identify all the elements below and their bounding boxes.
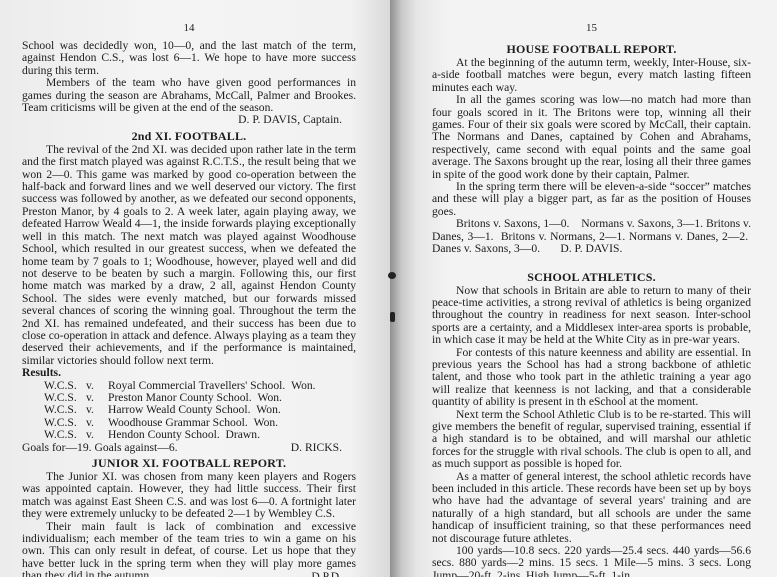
paragraph: The revival of the 2nd XI. was decided u… <box>22 144 356 367</box>
right-page: 15 HOUSE FOOTBALL REPORT. At the beginni… <box>390 0 777 577</box>
paragraph: Next term the School Athletic Club is to… <box>432 409 751 471</box>
fixture: Britons v. Normans, 2—1. <box>501 230 625 243</box>
paragraph: Now that schools in Britain are able to … <box>432 285 751 347</box>
fixture: Britons v. Saxons, 1—0. <box>456 217 569 230</box>
fixture: Danes v. Saxons, 3—0. <box>432 242 540 255</box>
paragraph: As a matter of general interest, the sch… <box>432 471 751 545</box>
results-label: Results. <box>22 367 356 379</box>
result-row: W.C.S.v.Hendon County School. Drawn. <box>22 429 356 441</box>
paragraph: The Junior XI. was chosen from many keen… <box>22 471 356 521</box>
page-number: 14 <box>22 22 356 34</box>
paragraph: School was decidedly won, 10—0, and the … <box>22 40 356 77</box>
book-spread: 14 School was decidedly won, 10—0, and t… <box>0 0 777 577</box>
signature: D. P. DAVIS. <box>560 242 622 255</box>
athletic-records: 100 yards—10.8 secs. 220 yards—25.4 secs… <box>432 545 751 577</box>
signature: D. RICKS. <box>291 442 342 454</box>
page-blemish <box>390 312 395 322</box>
page-blemish <box>388 272 396 279</box>
fixture: Normans v. Saxons, 3—1. <box>581 217 703 230</box>
page-number: 15 <box>432 22 751 34</box>
fixture: Normans v. Danes, 2—2. <box>629 230 748 243</box>
paragraph: For contests of this nature keenness and… <box>432 347 751 409</box>
section-heading: JUNIOR XI. FOOTBALL REPORT. <box>22 456 356 470</box>
section-heading: 2nd XI. FOOTBALL. <box>22 129 356 143</box>
result-row: W.C.S.v.Harrow Weald County School. Won. <box>22 404 356 416</box>
section-heading: HOUSE FOOTBALL REPORT. <box>432 42 751 56</box>
results-list: W.C.S.v.Royal Commercial Travellers' Sch… <box>22 380 356 442</box>
left-page: 14 School was decidedly won, 10—0, and t… <box>0 0 390 577</box>
paragraph: Their main fault is lack of combination … <box>22 521 356 577</box>
section-heading: SCHOOL ATHLETICS. <box>432 270 751 284</box>
paragraph: Members of the team who have given good … <box>22 77 356 114</box>
goals-summary: Goals for—19. Goals against—6. <box>22 442 178 454</box>
paragraph: In the spring term there will be eleven-… <box>432 181 751 218</box>
signature: D. P. DAVIS, Captain. <box>22 114 356 126</box>
goals-summary-row: Goals for—19. Goals against—6. D. RICKS. <box>22 442 356 454</box>
paragraph: At the beginning of the autumn term, wee… <box>432 57 751 94</box>
paragraph: In all the games scoring was low—no matc… <box>432 94 751 181</box>
fixtures-list: Britons v. Saxons, 1—0. Normans v. Saxon… <box>432 218 751 255</box>
